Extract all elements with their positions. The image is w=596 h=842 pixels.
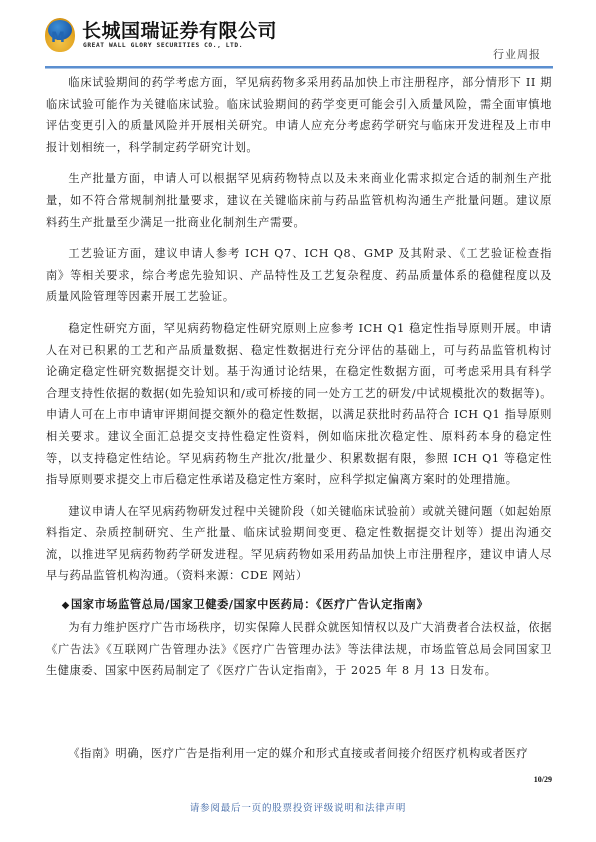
diamond-bullet-icon: ◆ (62, 600, 70, 611)
paragraph-production-batch: 生产批量方面，申请人可以根据罕见病药物特点以及未来商业化需求拟定合适的制剂生产批… (46, 168, 552, 233)
company-name-cn: 长城国瑞证券有限公司 (82, 21, 277, 41)
footer-disclaimer: 请参阅最后一页的股票投资评级说明和法律声明 (0, 800, 596, 814)
header-divider (45, 66, 553, 68)
paragraph-medical-ad-guideline: 为有力维护医疗广告市场秩序，切实保障人民群众就医知情权以及广大消费者合法权益，依… (46, 617, 552, 682)
paragraph-stability-study: 稳定性研究方面，罕见病药物稳定性研究原则上应参考 ICH Q1 稳定性指导原则开… (46, 318, 552, 491)
document-body: 临床试验期间的药学考虑方面，罕见病药物多采用药品加快上市注册程序，部分情形下 I… (46, 72, 552, 682)
company-name-en: GREAT WALL GLORY SECURITIES CO., LTD. (83, 42, 243, 49)
company-logo-icon: M (45, 18, 75, 52)
page-header: M 长城国瑞证券有限公司 GREAT WALL GLORY SECURITIES… (45, 18, 553, 66)
report-type-label: 行业周报 (493, 46, 541, 62)
paragraph-process-validation: 工艺验证方面，建议申请人参考 ICH Q7、ICH Q8、GMP 及其附录、《工… (46, 243, 552, 308)
paragraph-clinical-trial-pharmacy: 临床试验期间的药学考虑方面，罕见病药物多采用药品加快上市注册程序，部分情形下 I… (46, 72, 552, 158)
section-heading: ◆国家市场监管总局/国家卫健委/国家中医药局：《医疗广告认定指南》 (46, 593, 552, 617)
paragraph-guideline-definition: 《指南》明确，医疗广告是指利用一定的媒介和形式直接或者间接介绍医疗机构或者医疗 (46, 744, 552, 764)
page-number: 10/29 (534, 775, 552, 784)
section-heading-text: 国家市场监管总局/国家卫健委/国家中医药局：《医疗广告认定指南》 (71, 597, 428, 611)
logo-m-glyph: M (51, 31, 65, 45)
paragraph-communication-advice: 建议申请人在罕见病药物研发过程中关键阶段（如关键临床试验前）或就关键问题（如起始… (46, 501, 552, 587)
